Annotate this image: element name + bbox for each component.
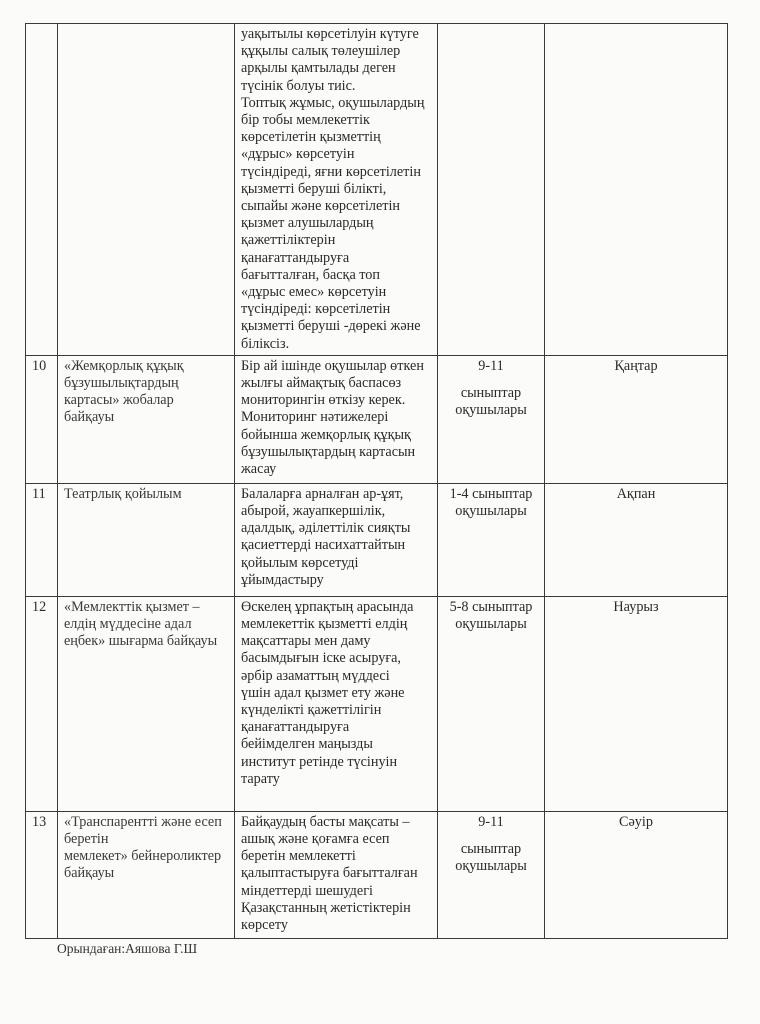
cell-text-line: мониторингін өткізу керек. [241,392,431,409]
cell-text-line: күнделікті қажеттілігін [241,702,431,719]
table-body: уақытылы көрсетілуін күтугеқұқылы салық … [26,24,728,939]
cell-text-line: Қазақстанның жетістіктерін [241,900,431,917]
cell-text-line: мақсаттары мен даму [241,633,431,650]
event-name: Театрлық қойылым [58,483,235,596]
event-description: Байқаудың басты мақсаты –ашық және қоғам… [235,811,438,938]
cell-text-line: бір тобы мемлекеттік [241,112,431,129]
row-number: 10 [26,355,58,483]
event-date [545,24,728,356]
cell-text-line: жылғы аймақтық баспасөз [241,375,431,392]
cell-text-line: абырой, жауапкершілік, [241,503,431,520]
document-page: уақытылы көрсетілуін күтугеқұқылы салық … [0,0,760,1024]
event-audience: 9-11сыныптароқушылары [438,811,545,938]
cell-text-line: қойылым көрсетуді [241,555,431,572]
table-row: уақытылы көрсетілуін күтугеқұқылы салық … [26,24,728,356]
event-description: Бір ай ішінде оқушылар өткенжылғы аймақт… [235,355,438,483]
cell-text-line: Театрлық қойылым [64,486,228,503]
event-name [58,24,235,356]
cell-text-line [444,375,538,385]
event-date: Қаңтар [545,355,728,483]
cell-text-line: оқушылары [444,503,538,520]
cell-text-line: тарату [241,771,431,788]
cell-text-line: адалдық, әділеттілік сияқты [241,520,431,537]
row-number: 12 [26,596,58,811]
cell-text-line: бейімделген маңызды [241,736,431,753]
cell-text-line: Мониторинг нәтижелері [241,409,431,426]
cell-text-line: қанағаттандыруға [241,719,431,736]
event-description: Өскелең ұрпақтың арасындамемлекеттік қыз… [235,596,438,811]
cell-text-line: Балаларға арналған ар-ұят, [241,486,431,503]
cell-text-line: оқушылары [444,858,538,875]
cell-text-line: ашық және қоғамға есеп [241,831,431,848]
cell-text-line: картасы» жобалар [64,392,228,409]
cell-text-line: елдің мүддесіне адал [64,616,228,633]
cell-text-line: жасау [241,461,431,478]
event-date: Ақпан [545,483,728,596]
cell-text-line: үшін адал қызмет ету және [241,685,431,702]
event-audience: 9-11сыныптароқушылары [438,355,545,483]
cell-text-line: байқауы [64,865,228,882]
cell-text-line: «Транспарентті және есеп [64,814,228,831]
cell-text-line: байқауы [64,409,228,426]
cell-text-line: қызметті беруші білікті, [241,181,431,198]
cell-text-line: түсіндіреді, яғни көрсетілетін [241,164,431,181]
cell-text-line: қажеттіліктерін [241,232,431,249]
cell-text-line: міндеттерді шешудегі [241,883,431,900]
cell-text-line: бағытталған, басқа топ [241,267,431,284]
event-name: «Жемқорлық құқықбұзушылықтардыңкартасы» … [58,355,235,483]
cell-text-line: Өскелең ұрпақтың арасында [241,599,431,616]
cell-text-line: мемлекеттік қызметті елдің [241,616,431,633]
table-row: 10 «Жемқорлық құқықбұзушылықтардыңкартас… [26,355,728,483]
cell-text-line: беретін мемлекетті [241,848,431,865]
cell-text-line: оқушылары [444,402,538,419]
cell-text-line: оқушылары [444,616,538,633]
event-audience: 5-8 сыныптароқушылары [438,596,545,811]
cell-text-line: құқылы салық төлеушілер [241,43,431,60]
cell-text-line: арқылы қамтылады деген [241,60,431,77]
cell-text-line: уақытылы көрсетілуін күтуге [241,26,431,43]
cell-text-line: біліксіз. [241,336,431,353]
cell-text-line: қалыптастыруға бағытталған [241,865,431,882]
cell-text-line: қызметті беруші -дөрекі және [241,318,431,335]
events-plan-table: уақытылы көрсетілуін күтугеқұқылы салық … [25,23,728,939]
event-description: уақытылы көрсетілуін күтугеқұқылы салық … [235,24,438,356]
performed-by-signature: Орындаған:Аяшова Г.Ш [57,941,197,957]
event-name: «Транспарентті және есепберетінмемлекет»… [58,811,235,938]
cell-text-line [444,831,538,841]
cell-text-line: ұйымдастыру [241,572,431,589]
cell-text-line: түсінік болуы тиіс. [241,78,431,95]
cell-text-line: сыпайы және көрсетілетін [241,198,431,215]
cell-text-line: «дұрыс» көрсетуін [241,146,431,163]
cell-text-line: басымдығын іске асыруға, [241,650,431,667]
cell-text-line: көрсету [241,917,431,934]
event-audience: 1-4 сыныптароқушылары [438,483,545,596]
table-row: 11 Театрлық қойылым Балаларға арналған а… [26,483,728,596]
event-audience [438,24,545,356]
cell-text-line: «Жемқорлық құқық [64,358,228,375]
row-number [26,24,58,356]
cell-text-line: институт ретінде түсінуін [241,754,431,771]
event-name: «Мемлекттік қызмет –елдің мүддесіне адал… [58,596,235,811]
cell-text-line: бұзушылықтардың [64,375,228,392]
cell-text-line: сыныптар [444,841,538,858]
cell-text-line: еңбек» шығарма байқауы [64,633,228,650]
cell-text-line: қызмет алушылардың [241,215,431,232]
cell-text-line: Топтық жұмыс, оқушылардың [241,95,431,112]
cell-text-line: бұзушылықтардың картасын [241,444,431,461]
cell-text-line: қасиеттерді насихаттайтын [241,537,431,554]
table-row: 13 «Транспарентті және есепберетінмемлек… [26,811,728,938]
cell-text-line: беретін [64,831,228,848]
cell-text-line: 9-11 [444,814,538,831]
table-row: 12 «Мемлекттік қызмет –елдің мүддесіне а… [26,596,728,811]
event-description: Балаларға арналған ар-ұят,абырой, жауапк… [235,483,438,596]
cell-text-line: «дұрыс емес» көрсетуін [241,284,431,301]
event-date: Сәуір [545,811,728,938]
cell-text-line: «Мемлекттік қызмет – [64,599,228,616]
cell-text-line: Бір ай ішінде оқушылар өткен [241,358,431,375]
cell-text-line: мемлекет» бейнероликтер [64,848,228,865]
cell-text-line: Байқаудың басты мақсаты – [241,814,431,831]
cell-text-line: әрбір азаматтың мүддесі [241,668,431,685]
cell-text-line: түсіндіреді: көрсетілетін [241,301,431,318]
row-number: 13 [26,811,58,938]
row-number: 11 [26,483,58,596]
cell-text-line: көрсетілетін қызметтің [241,129,431,146]
cell-text-line: сыныптар [444,385,538,402]
cell-text-line: 9-11 [444,358,538,375]
cell-text-line: бойынша жемқорлық құқық [241,427,431,444]
cell-text-line: 1-4 сыныптар [444,486,538,503]
cell-text-line: қанағаттандыруға [241,250,431,267]
event-date: Наурыз [545,596,728,811]
cell-text-line: 5-8 сыныптар [444,599,538,616]
